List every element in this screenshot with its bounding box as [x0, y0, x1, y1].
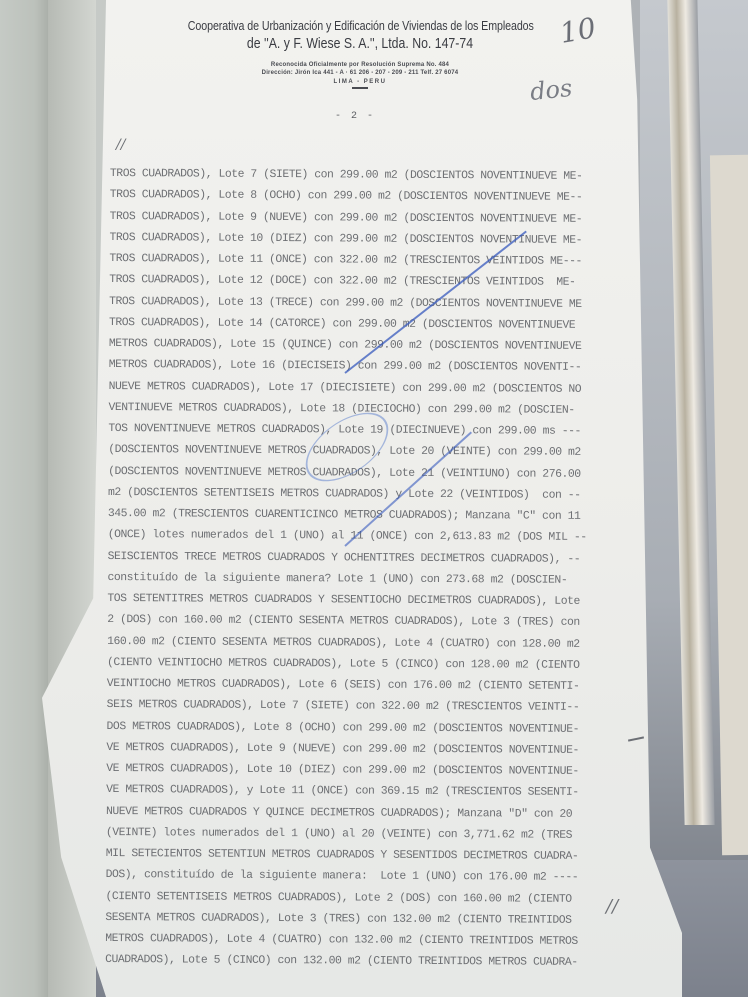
- body-line: SEIS METROS CUADRADOS), Lote 7 (SIETE) c…: [107, 695, 627, 719]
- body-line: (DOSCIENTOS NOVENTINUEVE METROS CUADRADO…: [108, 461, 628, 485]
- body-line: METROS CUADRADOS), Lote 16 (DIECISEIS) c…: [109, 355, 629, 379]
- organization-name: Cooperativa de Urbanización y Edificació…: [188, 18, 532, 33]
- body-line: DOS METROS CUADRADOS), Lote 8 (OCHO) con…: [106, 716, 626, 740]
- body-line: TROS CUADRADOS), Lote 12 (DOCE) con 322.…: [109, 270, 629, 294]
- body-line: CUADRADOS), Lote 5 (CINCO) con 132.00 m2…: [105, 950, 625, 974]
- recognition-line: Reconocida Oficialmente por Resolución S…: [150, 62, 570, 68]
- body-line: NUEVE METROS CUADRADOS Y QUINCE DECIMETR…: [106, 801, 626, 825]
- body-line: NUEVE METROS CUADRADOS), Lote 17 (DIECIS…: [109, 376, 629, 400]
- binder-spine: [0, 0, 50, 997]
- organization-registration: de ''A. y F. Wiese S. A.'', Ltda. No. 14…: [188, 35, 532, 52]
- body-line: 160.00 m2 (CIENTO SESENTA METROS CUADRAD…: [107, 631, 627, 655]
- body-line: TROS CUADRADOS), Lote 13 (TRECE) con 299…: [109, 291, 629, 315]
- letterhead-rule: [352, 87, 368, 89]
- handwritten-folio-word: dos: [529, 74, 574, 106]
- body-line: (ONCE) lotes numerados del 1 (UNO) al 11…: [108, 525, 628, 549]
- handwritten-folio-number: 10: [557, 11, 598, 50]
- letterhead: Cooperativa de Urbanización y Edificació…: [150, 18, 570, 89]
- body-line: (CIENTO SETENTISEIS METROS CUADRADOS), L…: [105, 886, 625, 910]
- body-line: TROS CUADRADOS), Lote 8 (OCHO) con 299.0…: [110, 185, 630, 209]
- address-line: Dirección: Jirón Ica 441 - A · 61 206 - …: [150, 70, 570, 76]
- body-line: VE METROS CUADRADOS), y Lote 11 (ONCE) c…: [106, 780, 626, 804]
- body-line: TROS CUADRADOS), Lote 9 (NUEVE) con 299.…: [110, 206, 630, 230]
- continuation-mark-top: //: [116, 137, 125, 153]
- document-body: TROS CUADRADOS), Lote 7 (SIETE) con 299.…: [105, 164, 630, 975]
- page-number: - 2 -: [330, 111, 380, 122]
- city-line: LIMA - PERU: [150, 79, 570, 85]
- body-line: 2 (DOS) con 160.00 m2 (CIENTO SESENTA ME…: [107, 610, 627, 634]
- body-line: DOS), constituído de la siguiente manera…: [106, 865, 626, 889]
- body-line: SEISCIENTOS TRECE METROS CUADRADOS Y OCH…: [108, 546, 628, 570]
